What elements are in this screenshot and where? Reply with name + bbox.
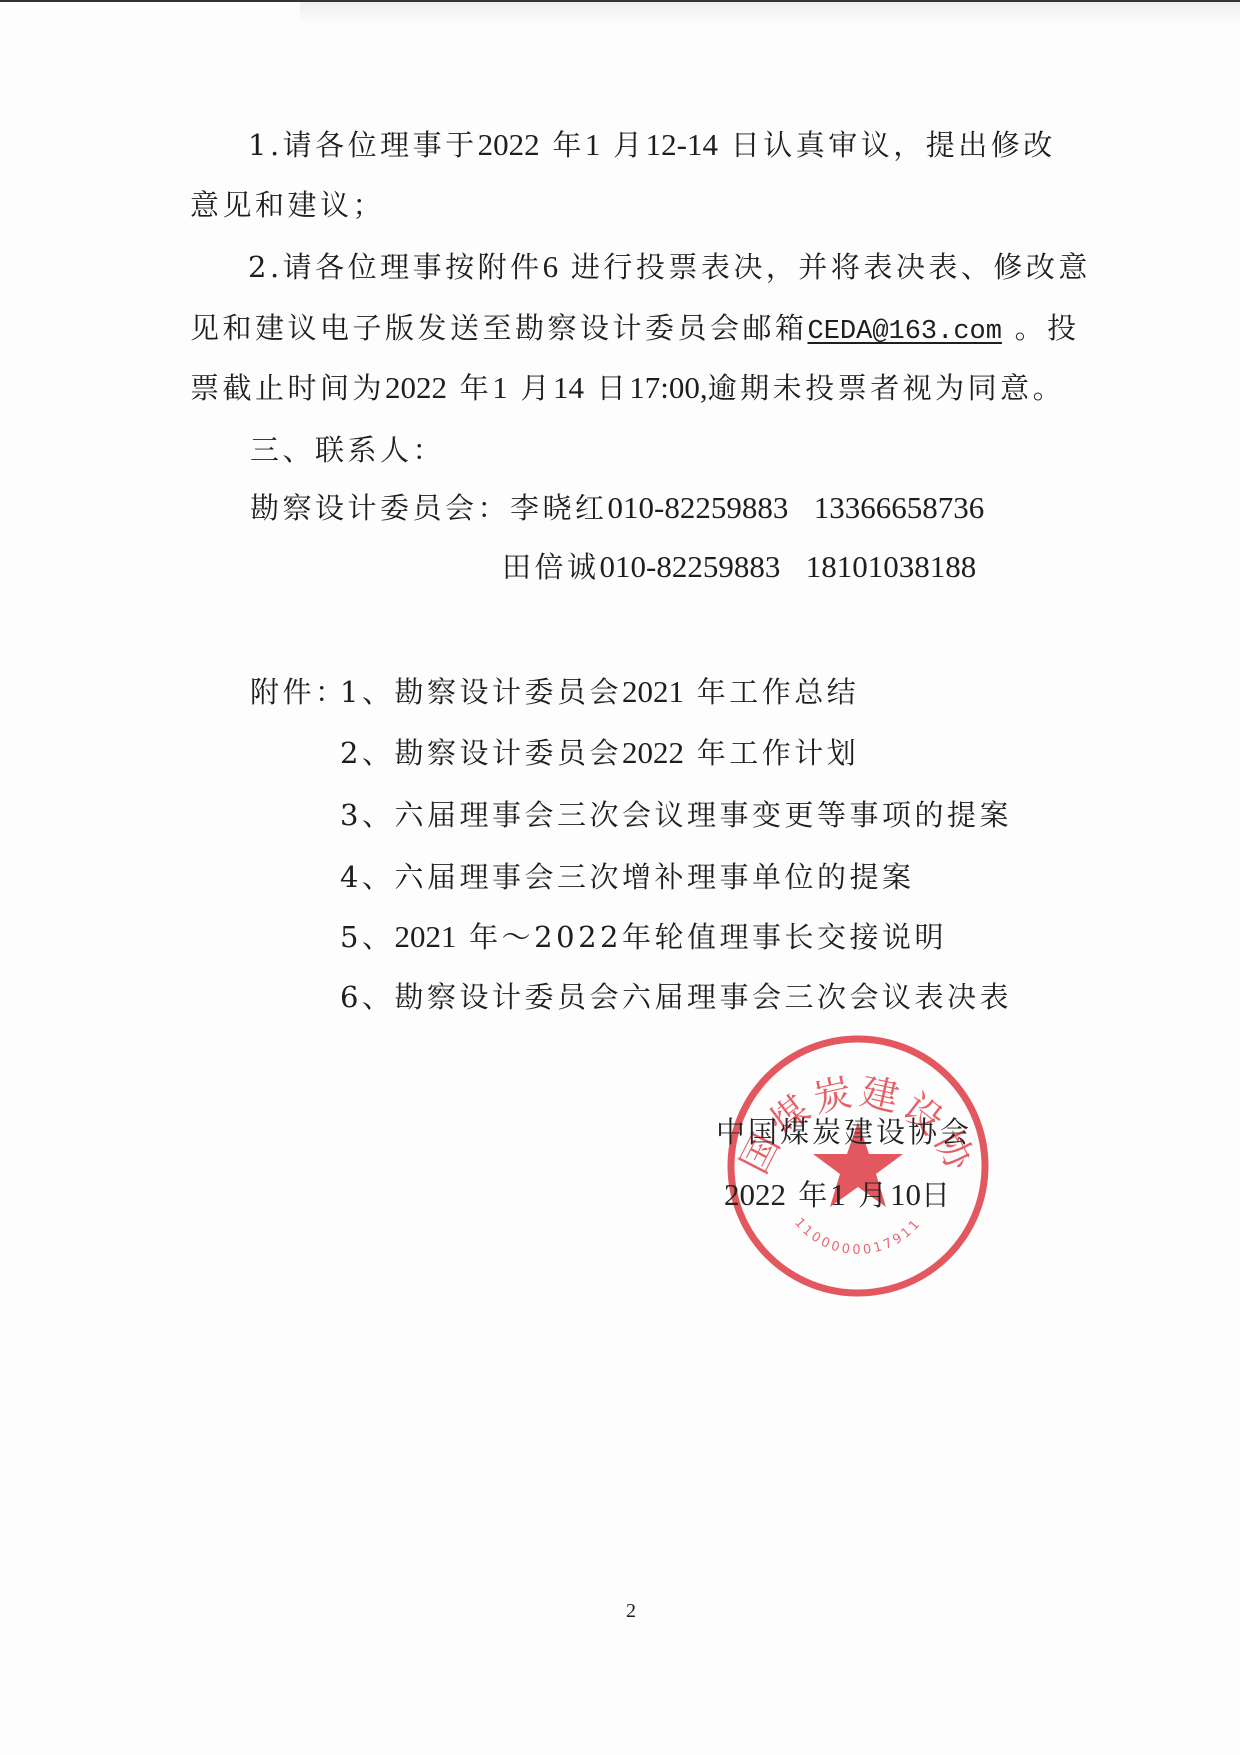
email-link[interactable]: CEDA@163.com xyxy=(808,317,1002,347)
attachment-item[interactable]: 2、勘察设计委员会2022 年工作计划 xyxy=(340,736,859,770)
signature-org: 中国煤炭建设协会 xyxy=(716,1115,972,1149)
signature-date: 2022 年1 月10日 xyxy=(724,1178,953,1212)
item2-line2: 见和建议电子版发送至勘察设计委员会邮箱CEDA@163.com 。投 xyxy=(190,311,1080,349)
attachment-item[interactable]: 3、六届理事会三次会议理事变更等事项的提案 xyxy=(340,798,1012,832)
contact-row-2: 田倍诚010-82259883 18101038188 xyxy=(502,550,976,584)
official-seal-icon: 中国煤炭建设协会 1100000017911 xyxy=(724,1032,992,1300)
contacts-heading: 三、联系人： xyxy=(250,433,445,467)
item2-line1: 2.请各位理事按附件6 进行投票表决，并将表决表、修改意 xyxy=(248,250,1091,284)
contact-row-1: 勘察设计委员会：李晓红010-82259883 13366658736 xyxy=(250,491,984,525)
attachment-item[interactable]: 6、勘察设计委员会六届理事会三次会议表决表 xyxy=(340,980,1012,1014)
attachment-item[interactable]: 5、2021 年～2022年轮值理事长交接说明 xyxy=(340,920,947,954)
scan-shadow xyxy=(300,2,1240,24)
attachment-item[interactable]: 4、六届理事会三次增补理事单位的提案 xyxy=(340,860,914,894)
item1-line2: 意见和建议； xyxy=(190,188,385,222)
attachment-item[interactable]: 1、勘察设计委员会2021 年工作总结 xyxy=(340,675,859,709)
page-number: 2 xyxy=(626,1600,636,1623)
item1-line1: 1.请各位理事于2022 年1 月12-14 日认真审议，提出修改 xyxy=(248,128,1056,162)
attachments-label: 附件： xyxy=(250,675,348,709)
svg-text:1100000017911: 1100000017911 xyxy=(791,1215,925,1258)
item2-line3: 票截止时间为2022 年1 月14 日17:00,逾期未投票者视为同意。 xyxy=(190,371,1065,405)
